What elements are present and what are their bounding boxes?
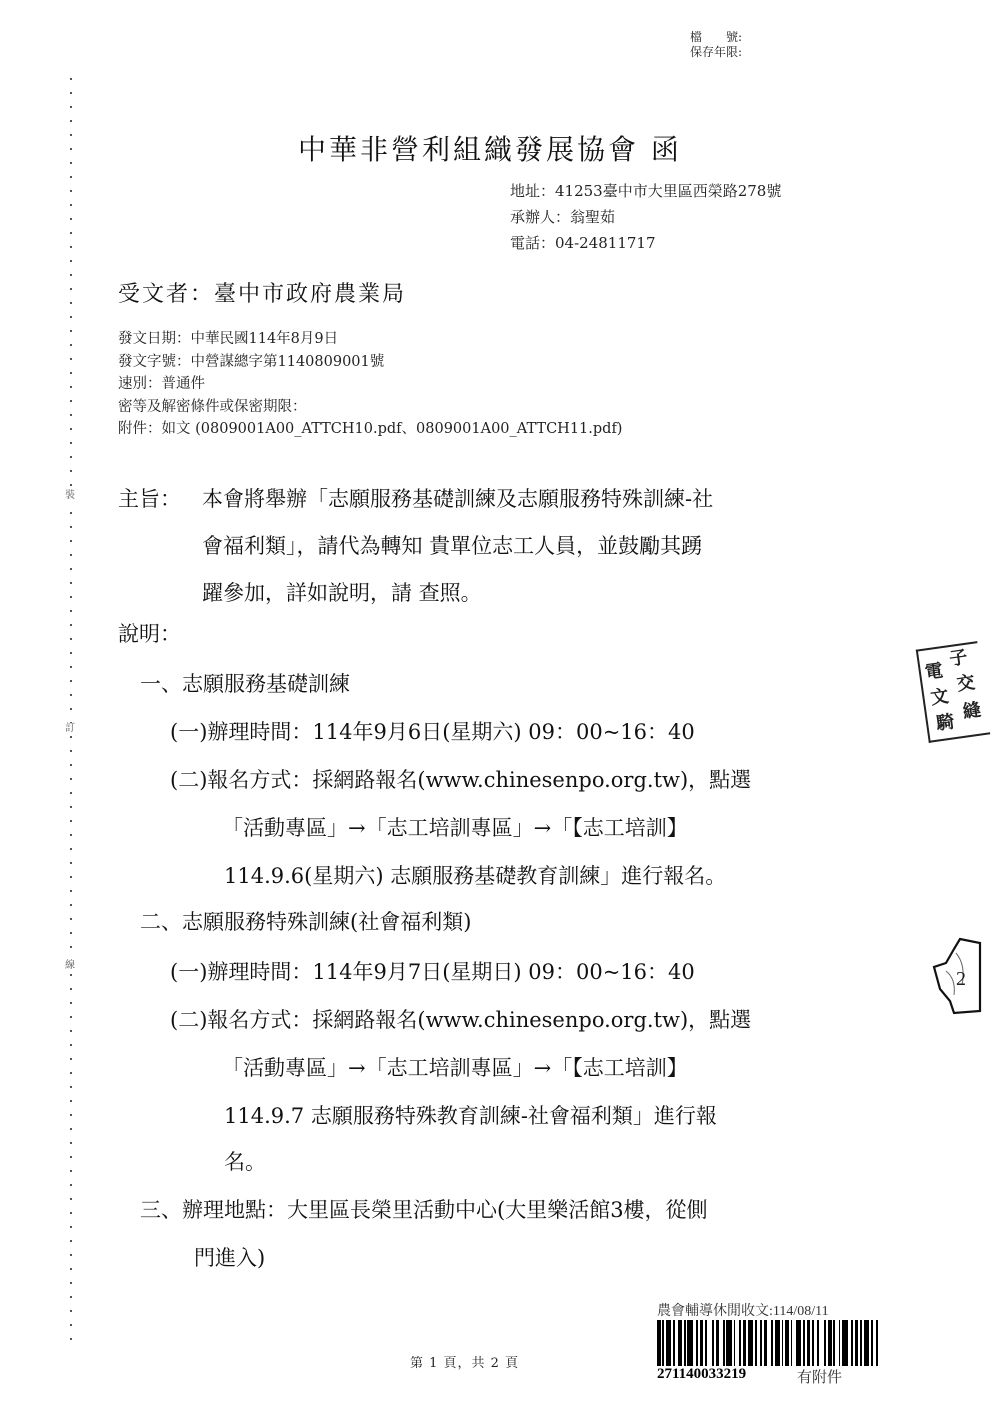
binding-dot xyxy=(70,330,72,332)
secrecy-level: 密等及解密條件或保密期限： xyxy=(118,396,622,419)
binding-dot xyxy=(70,638,72,640)
binding-char: 裝 xyxy=(65,490,75,502)
binding-line: 裝訂線 xyxy=(68,78,76,1350)
binding-dot xyxy=(70,78,72,80)
binding-dot xyxy=(70,526,72,528)
binding-dot xyxy=(70,652,72,654)
archive-info: 檔 號: 保存年限: xyxy=(690,30,742,60)
item-label: (一) xyxy=(170,960,207,984)
sender-phone: 電話：04-24811717 xyxy=(510,230,781,256)
binding-dot xyxy=(70,862,72,864)
binding-char: 訂 xyxy=(65,723,75,735)
binding-dot xyxy=(70,792,72,794)
binding-dot xyxy=(70,400,72,402)
binding-dot xyxy=(70,1142,72,1144)
item-label: (二) xyxy=(170,1008,207,1032)
stamp-char: 縫 xyxy=(961,695,982,723)
binding-dot xyxy=(70,820,72,822)
section-heading-1: 一、志願服務基礎訓練 xyxy=(140,668,350,698)
binding-dot xyxy=(70,456,72,458)
recipient: 受文者：臺中市政府農業局 xyxy=(118,277,406,308)
binding-char: 線 xyxy=(65,960,75,972)
binding-dot xyxy=(70,1212,72,1214)
stamp-char: 文 xyxy=(929,682,950,710)
section-2-item-1: (一)辦理時間：114年9月7日(星期日) 09：00~16：40 xyxy=(170,956,695,986)
binding-dot xyxy=(70,260,72,262)
binding-dot xyxy=(70,1170,72,1172)
doc-number: 發文字號：中營謀總字第1140809001號 xyxy=(118,351,622,374)
binding-dot xyxy=(70,1072,72,1074)
binding-dot xyxy=(70,988,72,990)
binding-dot xyxy=(70,624,72,626)
binding-dot xyxy=(70,1002,72,1004)
file-number-label: 檔 號: xyxy=(690,30,742,45)
binding-dot xyxy=(70,386,72,388)
stamp-char: 交 xyxy=(955,668,976,696)
binding-dot xyxy=(70,1324,72,1326)
binding-dot xyxy=(70,302,72,304)
section-heading-3-continuation: 門進入) xyxy=(194,1242,265,1272)
item-continuation: 114.9.7 志願服務特殊教育訓練-社會福利類」進行報 xyxy=(224,1100,717,1130)
binding-dot xyxy=(70,1114,72,1116)
item-continuation: 「活動專區」→「志工培訓專區」→「【志工培訓】 xyxy=(222,1052,688,1082)
receipt-barcode xyxy=(657,1320,882,1366)
binding-dot xyxy=(70,134,72,136)
binding-dot xyxy=(70,1030,72,1032)
item-continuation: 114.9.6(星期六) 志願服務基礎教育訓練」進行報名。 xyxy=(224,860,726,890)
stamp-char: 騎 xyxy=(934,707,955,735)
binding-dot xyxy=(70,582,72,584)
sender-address: 地址：41253臺中市大里區西榮路278號 xyxy=(510,178,781,204)
binding-dot xyxy=(70,764,72,766)
item-continuation: 名。 xyxy=(224,1146,266,1176)
binding-dot xyxy=(70,428,72,430)
binding-dot xyxy=(70,694,72,696)
subject: 主旨： 本會將舉辦「志願服務基礎訓練及志願服務特殊訓練-社 會福利類」，請代為轉… xyxy=(118,476,713,617)
binding-dot xyxy=(70,120,72,122)
electronic-seam-stamp: 電 子 文 交 騎 縫 xyxy=(916,641,990,743)
binding-dot xyxy=(70,414,72,416)
binding-dot xyxy=(70,1338,72,1340)
binding-dot xyxy=(70,876,72,878)
binding-dot xyxy=(70,568,72,570)
binding-dot xyxy=(70,610,72,612)
subject-label: 主旨： xyxy=(118,476,181,523)
stamp-char: 電 xyxy=(923,656,944,684)
binding-dot xyxy=(70,946,72,948)
binding-dot xyxy=(70,372,72,374)
binding-dot xyxy=(70,204,72,206)
delivery-speed: 速別：普通件 xyxy=(118,373,622,396)
binding-dot xyxy=(70,666,72,668)
binding-dot xyxy=(70,148,72,150)
binding-dot xyxy=(70,106,72,108)
binding-dot xyxy=(70,442,72,444)
document-meta: 發文日期：中華民國114年8月9日 發文字號：中營謀總字第1140809001號… xyxy=(118,328,622,441)
binding-dot xyxy=(70,470,72,472)
binding-dot xyxy=(70,834,72,836)
binding-dot xyxy=(70,974,72,976)
subject-line: 本會將舉辦「志願服務基礎訓練及志願服務特殊訓練-社 xyxy=(118,476,713,523)
binding-dot xyxy=(70,890,72,892)
section-2-item-2: (二)報名方式：採網路報名(www.chinesenpo.org.tw)，點選 xyxy=(170,1004,751,1034)
seal-number: 2 xyxy=(956,968,966,990)
binding-dot xyxy=(70,1184,72,1186)
binding-dot xyxy=(70,1058,72,1060)
binding-dot xyxy=(70,540,72,542)
subject-line: 躍參加，詳如說明，請 查照。 xyxy=(118,570,713,617)
binding-dot xyxy=(70,708,72,710)
issue-date: 發文日期：中華民國114年8月9日 xyxy=(118,328,622,351)
binding-dot xyxy=(70,232,72,234)
document-title: 中華非營利組織發展協會 函 xyxy=(298,128,682,168)
binding-dot xyxy=(70,918,72,920)
explanation-label: 說明： xyxy=(118,618,181,648)
item-label: (一) xyxy=(170,720,207,744)
item-text: 報名方式：採網路報名(www.chinesenpo.org.tw)，點選 xyxy=(207,768,751,792)
section-1-item-2: (二)報名方式：採網路報名(www.chinesenpo.org.tw)，點選 xyxy=(170,764,751,794)
binding-dot xyxy=(70,1254,72,1256)
binding-dot xyxy=(70,92,72,94)
sender-info: 地址：41253臺中市大里區西榮路278號 承辦人：翁聖茹 電話：04-2481… xyxy=(510,178,781,256)
binding-dot xyxy=(70,358,72,360)
barcode-number: 271140033219 xyxy=(657,1366,746,1383)
binding-dot xyxy=(70,932,72,934)
item-text: 報名方式：採網路報名(www.chinesenpo.org.tw)，點選 xyxy=(207,1008,751,1032)
binding-dot xyxy=(70,274,72,276)
retention-label: 保存年限: xyxy=(690,45,742,60)
item-text: 辦理時間：114年9月7日(星期日) 09：00~16：40 xyxy=(207,960,694,984)
binding-dot xyxy=(70,288,72,290)
binding-dot xyxy=(70,1198,72,1200)
section-heading-3: 三、辦理地點：大里區長榮里活動中心(大里樂活館3樓，從側 xyxy=(140,1194,708,1224)
binding-dot xyxy=(70,344,72,346)
binding-dot xyxy=(70,246,72,248)
attachment-flag: 有附件 xyxy=(797,1366,842,1387)
section-1-item-1: (一)辦理時間：114年9月6日(星期六) 09：00~16：40 xyxy=(170,716,695,746)
binding-dot xyxy=(70,1016,72,1018)
binding-dot xyxy=(70,484,72,486)
stamp-char: 子 xyxy=(947,643,968,671)
item-continuation: 「活動專區」→「志工培訓專區」→「【志工培訓】 xyxy=(222,812,688,842)
binding-dot xyxy=(70,1282,72,1284)
binding-dot xyxy=(70,736,72,738)
binding-dot xyxy=(70,1296,72,1298)
binding-dot xyxy=(70,1240,72,1242)
binding-dot xyxy=(70,1044,72,1046)
binding-dot xyxy=(70,1100,72,1102)
item-text: 辦理時間：114年9月6日(星期六) 09：00~16：40 xyxy=(207,720,694,744)
binding-dot xyxy=(70,596,72,598)
binding-dot xyxy=(70,190,72,192)
binding-dot xyxy=(70,904,72,906)
page-seal-stamp: 2 xyxy=(932,935,982,1015)
sender-contact-person: 承辦人：翁聖茹 xyxy=(510,204,781,230)
binding-dot xyxy=(70,1086,72,1088)
attachments: 附件：如文 (0809001A00_ATTCH10.pdf、0809001A00… xyxy=(118,418,622,441)
binding-dot xyxy=(70,554,72,556)
receipt-label: 農會輔導休閒收文:114/08/11 xyxy=(657,1300,829,1320)
binding-dot xyxy=(70,1128,72,1130)
binding-dot xyxy=(70,162,72,164)
subject-line: 會福利類」，請代為轉知 貴單位志工人員，並鼓勵其踴 xyxy=(118,523,713,570)
binding-dot xyxy=(70,750,72,752)
binding-dot xyxy=(70,1310,72,1312)
binding-dot xyxy=(70,1226,72,1228)
binding-dot xyxy=(70,806,72,808)
binding-dot xyxy=(70,176,72,178)
barcode-gap xyxy=(878,1320,882,1366)
binding-dot xyxy=(70,680,72,682)
page-indicator: 第 1 頁，共 2 頁 xyxy=(410,1352,519,1371)
binding-dot xyxy=(70,778,72,780)
binding-dot xyxy=(70,1156,72,1158)
binding-dot xyxy=(70,848,72,850)
item-label: (二) xyxy=(170,768,207,792)
binding-dot xyxy=(70,1268,72,1270)
seal-outline-icon: 2 xyxy=(932,935,982,1015)
section-heading-2: 二、志願服務特殊訓練(社會福利類) xyxy=(140,906,471,936)
binding-dot xyxy=(70,512,72,514)
binding-dot xyxy=(70,316,72,318)
binding-dot xyxy=(70,218,72,220)
